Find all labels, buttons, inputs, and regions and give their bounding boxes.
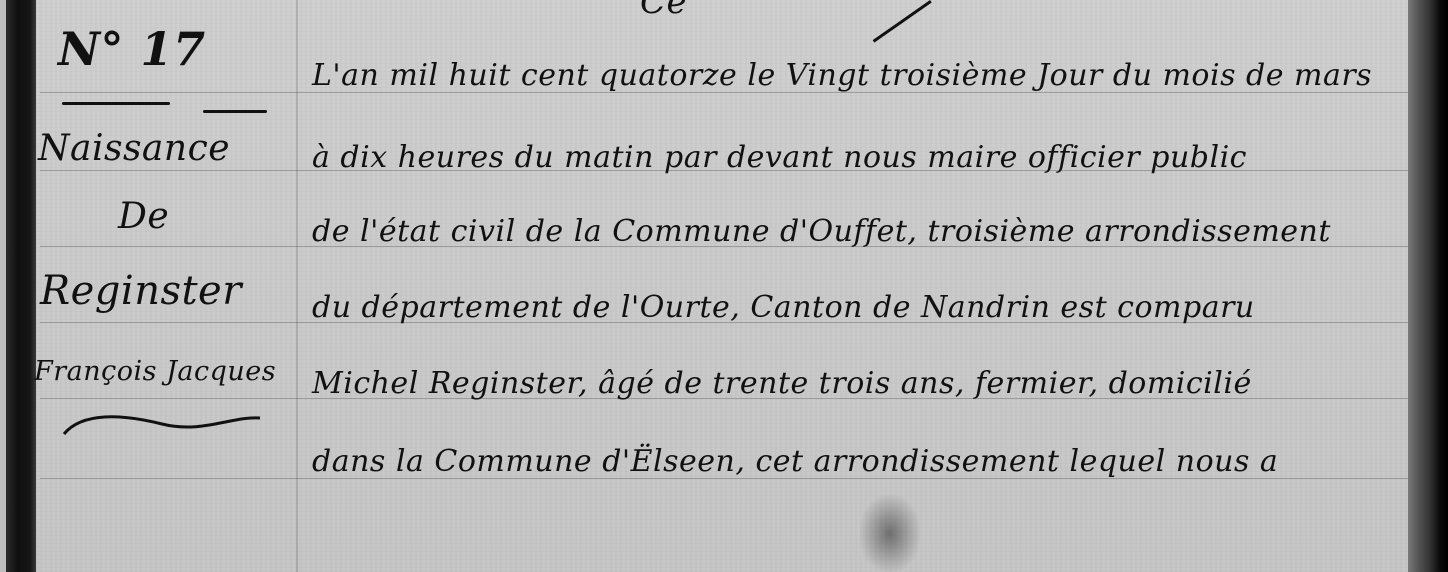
binding-shadow-right — [1408, 0, 1448, 572]
pen-stroke — [873, 0, 932, 43]
record-number: N° 17 — [58, 22, 206, 76]
margin-surname: Reginster — [40, 268, 242, 314]
record-line-4: du département de l'Ourte, Canton de Nan… — [312, 290, 1255, 325]
ink-stain — [860, 495, 920, 572]
underline-stroke — [203, 110, 267, 113]
underline-stroke — [62, 102, 170, 105]
record-line-2: à dix heures du matin par devant nous ma… — [312, 140, 1247, 175]
record-line-6: dans la Commune d'Ëlseen, cet arrondisse… — [312, 444, 1278, 479]
flourish-stroke — [62, 408, 262, 438]
margin-word-de: De — [118, 196, 169, 237]
margin-given-names: François Jacques — [34, 356, 276, 387]
binding-shadow-left — [6, 0, 36, 572]
register-page: Ce N° 17 Naissance De Reginster François… — [0, 0, 1448, 572]
record-line-5: Michel Reginster, âgé de trente trois an… — [312, 366, 1252, 401]
previous-record-fragment: Ce — [640, 0, 687, 22]
record-line-1: L'an mil huit cent quatorze le Vingt tro… — [312, 58, 1372, 93]
margin-rule — [296, 0, 298, 572]
margin-title-naissance: Naissance — [38, 128, 230, 169]
record-line-3: de l'état civil de la Commune d'Ouffet, … — [312, 214, 1331, 249]
